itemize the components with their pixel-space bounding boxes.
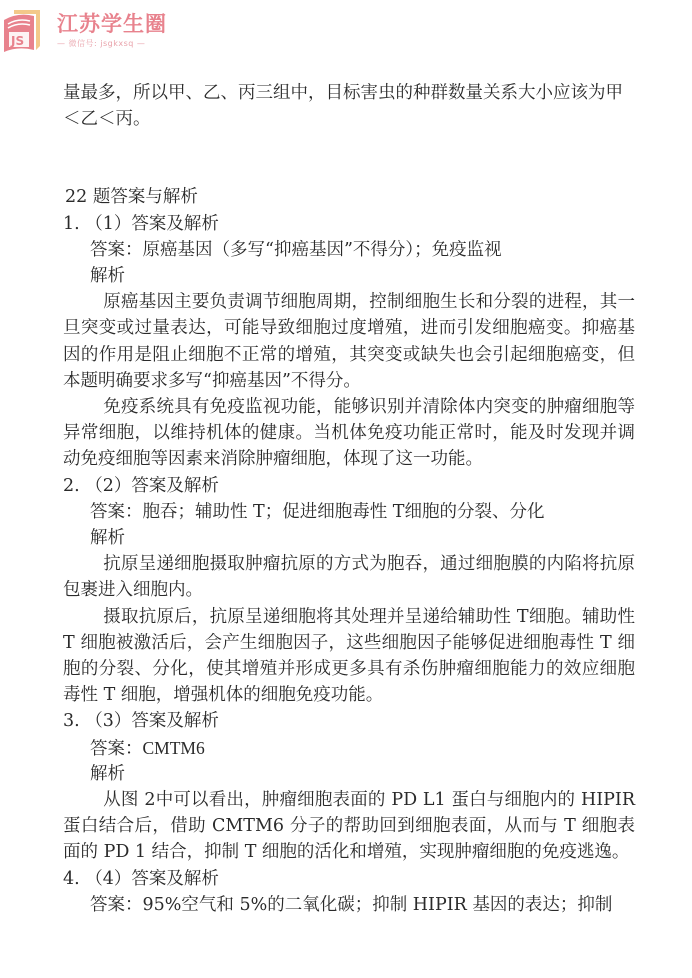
question-heading: 2. （2）答案及解析 <box>63 473 635 499</box>
document-body: 量最多，所以甲、乙、丙三组中，目标害虫的种群数量关系大小应该为甲＜乙＜丙。 22… <box>63 80 635 918</box>
question-heading: 4. （4）答案及解析 <box>63 866 635 892</box>
analysis-paragraph: 摄取抗原后，抗原呈递细胞将其处理并呈递给辅助性 T细胞。辅助性 T 细胞被激活后… <box>63 604 635 709</box>
analysis-label: 解析 <box>90 761 635 787</box>
question-heading: 1. （1）答案及解析 <box>63 211 635 237</box>
js-logo-icon: JS <box>0 6 48 54</box>
continuation-text: 量最多，所以甲、乙、丙三组中，目标害虫的种群数量关系大小应该为甲＜乙＜丙。 <box>63 80 635 132</box>
section-title: 22 题答案与解析 <box>63 184 635 210</box>
question-1: 1. （1）答案及解析 答案：原癌基因（多写“抑癌基因”不得分）；免疫监视 解析… <box>63 211 635 473</box>
watermark-title: 江苏学生圈 <box>57 8 167 38</box>
answer-line: 答案：原癌基因（多写“抑癌基因”不得分）；免疫监视 <box>90 237 635 263</box>
watermark-logo: JS 江苏学生圈 — 微信号: jsgkxsq — <box>0 2 190 58</box>
answer-line: 答案：95%空气和 5%的二氧化碳；抑制 HIPIR 基因的表达；抑制 <box>90 892 635 918</box>
question-heading: 3. （3）答案及解析 <box>63 708 635 734</box>
analysis-paragraph: 抗原呈递细胞摄取肿瘤抗原的方式为胞吞，通过细胞膜的内陷将抗原包裹进入细胞内。 <box>63 551 635 603</box>
analysis-paragraph: 免疫系统具有免疫监视功能，能够识别并清除体内突变的肿瘤细胞等异常细胞，以维持机体… <box>63 394 635 473</box>
question-3: 3. （3）答案及解析 答案：CMTM6 解析 从图 2中可以看出，肿瘤细胞表面… <box>63 708 635 865</box>
question-4: 4. （4）答案及解析 答案：95%空气和 5%的二氧化碳；抑制 HIPIR 基… <box>63 866 635 918</box>
answer-line: 答案：胞吞；辅助性 T；促进细胞毒性 T细胞的分裂、分化 <box>90 499 635 525</box>
analysis-paragraph: 原癌基因主要负责调节细胞周期，控制细胞生长和分裂的进程，其一旦突变或过量表达，可… <box>63 289 635 394</box>
analysis-label: 解析 <box>90 525 635 551</box>
spacer <box>63 132 635 184</box>
svg-text:JS: JS <box>10 34 24 48</box>
watermark-subtitle: — 微信号: jsgkxsq — <box>57 38 145 49</box>
analysis-paragraph: 从图 2中可以看出，肿瘤细胞表面的 PD L1 蛋白与细胞内的 HIPIR 蛋白… <box>63 787 635 866</box>
answer-line: 答案：CMTM6 <box>90 735 635 761</box>
analysis-label: 解析 <box>90 263 635 289</box>
question-2: 2. （2）答案及解析 答案：胞吞；辅助性 T；促进细胞毒性 T细胞的分裂、分化… <box>63 473 635 709</box>
